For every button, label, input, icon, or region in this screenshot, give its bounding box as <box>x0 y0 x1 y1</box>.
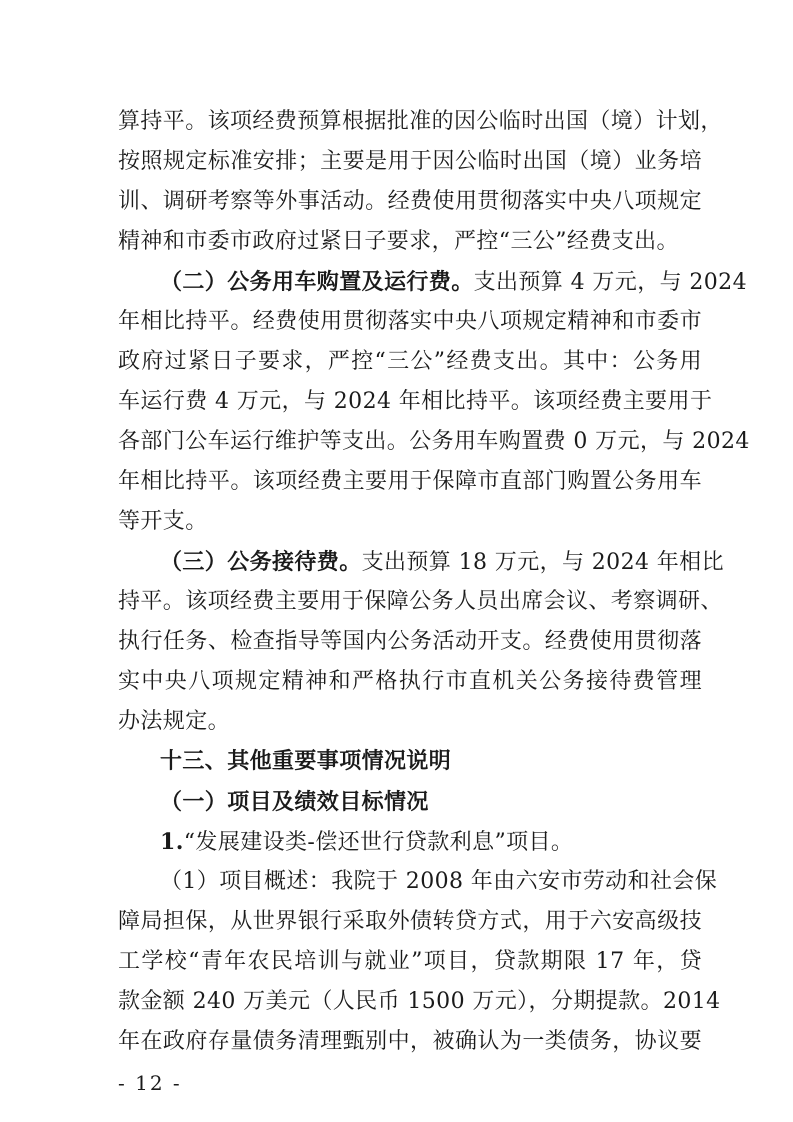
paragraph-line: 办法规定。 <box>118 702 702 742</box>
paragraph-lead-line: （1）项目概述：我院于 2008 年由六安市劳动和社会保 <box>160 862 702 902</box>
paragraph-line: 政府过紧日子要求，严控“三公”经费支出。其中：公务用 <box>118 342 702 382</box>
paragraph-line: 车运行费 4 万元，与 2024 年相比持平。该项经费主要用于 <box>118 382 702 422</box>
paragraph-line: 障局担保，从世界银行采取外债转贷方式，用于六安高级技 <box>118 902 702 942</box>
paragraph-lead-line: （三）公务接待费。支出预算 18 万元，与 2024 年相比 <box>160 542 702 582</box>
document-page: 算持平。该项经费预算根据批准的因公临时出国（境）计划， 按照规定标准安排；主要是… <box>0 0 793 1122</box>
paragraph-line: 等开支。 <box>118 502 702 542</box>
subsection-heading: （一）项目及绩效目标情况 <box>160 782 702 822</box>
section-heading: 十三、其他重要事项情况说明 <box>160 742 702 782</box>
item-title: “发展建设类-偿还世行贷款利息”项目。 <box>184 830 574 855</box>
item-heading: 1.“发展建设类-偿还世行贷款利息”项目。 <box>160 822 702 862</box>
paragraph-line: 精神和市委市政府过紧日子要求，严控“三公”经费支出。 <box>118 222 702 262</box>
paragraph-lead-bold: （三）公务接待费。 <box>160 549 362 575</box>
paragraph-line: 训、调研考察等外事活动。经费使用贯彻落实中央八项规定 <box>118 182 702 222</box>
paragraph-lead-text: 支出预算 18 万元，与 2024 年相比 <box>362 550 724 575</box>
page-number: - 12 - <box>118 1068 182 1098</box>
paragraph-lead-bold: （二）公务用车购置及运行费。 <box>160 269 474 295</box>
paragraph-line: 实中央八项规定精神和严格执行市直机关公务接待费管理 <box>118 662 702 702</box>
paragraph-lead-line: （二）公务用车购置及运行费。支出预算 4 万元，与 2024 <box>160 262 702 302</box>
paragraph-line: 款金额 240 万美元（人民币 1500 万元），分期提款。2014 <box>118 982 702 1022</box>
paragraph-line: 工学校“青年农民培训与就业”项目，贷款期限 17 年，贷 <box>118 942 702 982</box>
paragraph-line: 各部门公车运行维护等支出。公务用车购置费 0 万元，与 2024 <box>118 422 702 462</box>
paragraph-line: 执行任务、检查指导等国内公务活动开支。经费使用贯彻落 <box>118 622 702 662</box>
item-number: 1. <box>160 829 184 855</box>
paragraph-line: 年相比持平。该项经费主要用于保障市直部门购置公务用车 <box>118 462 702 502</box>
paragraph-line: 年在政府存量债务清理甄别中，被确认为一类债务，协议要 <box>118 1022 702 1062</box>
paragraph-line: 按照规定标准安排；主要是用于因公临时出国（境）业务培 <box>118 142 702 182</box>
paragraph-line: 年相比持平。经费使用贯彻落实中央八项规定精神和市委市 <box>118 302 702 342</box>
paragraph-line: 持平。该项经费主要用于保障公务人员出席会议、考察调研、 <box>118 582 702 622</box>
paragraph-lead-text: 支出预算 4 万元，与 2024 <box>474 270 747 295</box>
paragraph-line: 算持平。该项经费预算根据批准的因公临时出国（境）计划， <box>118 102 702 142</box>
